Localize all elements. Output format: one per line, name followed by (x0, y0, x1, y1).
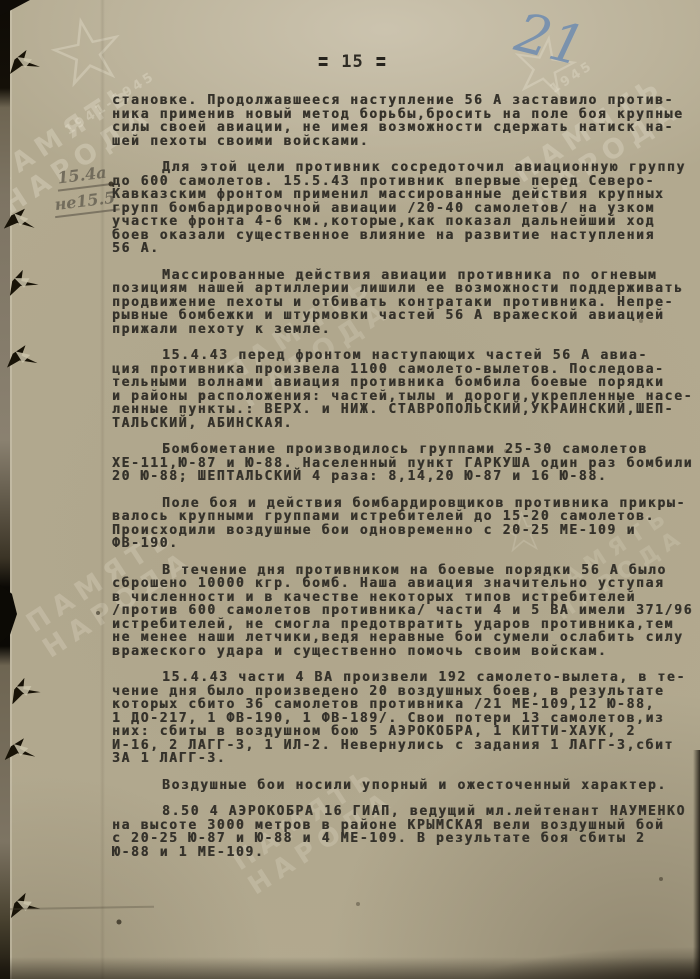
typed-paragraph: 8.50 4 АЭРОКОБРА 16 ГИАП, ведущий мл.лей… (112, 805, 698, 859)
torn-edge-highlight (10, 0, 12, 979)
page-number-value: 15 (341, 52, 363, 72)
bottom-right-corner-shadow (440, 933, 700, 979)
scanned-document-page: ☆ 1941-1945 ПАМЯТЬ НАРОДА ☆ 1945 ПАМЯТЬ … (0, 0, 700, 979)
typed-paragraph: 15.4.43 части 4 ВА произвели 192 самолет… (112, 671, 698, 766)
typed-paragraph: Массированные действия авиации противник… (112, 269, 698, 337)
paper-crease (100, 0, 105, 979)
paper-specks (0, 0, 2, 2)
punch-hole-tear (5, 736, 38, 763)
typed-paragraph: Бомбометание производилось группами 25-3… (112, 443, 698, 484)
page-number-right-mark: = (376, 47, 387, 77)
edge-notch (0, 585, 17, 643)
punch-hole-tear (10, 50, 40, 74)
margin-annotation-line2: не15.5 (52, 186, 119, 218)
punch-hole-tear (9, 892, 41, 918)
binding-edge-shadow (0, 0, 10, 979)
page-number: = 15 = (318, 52, 387, 72)
typed-paragraph: 15.4.43 перед фронтом наступающих частей… (112, 349, 698, 430)
typed-paragraph: В течение дня противником на боевые поря… (112, 564, 698, 659)
typed-paragraph: Для этой цели противник сосредоточил ави… (112, 161, 698, 256)
page-number-left-mark: = (318, 47, 329, 77)
torn-corner (0, 0, 30, 16)
punch-hole-tear (8, 676, 42, 705)
typed-text-column: становке. Продолжавшееся наступление 56 … (112, 94, 698, 872)
margin-annotation: 15.4а не15.5 (55, 161, 119, 218)
punch-hole-tear (6, 268, 39, 296)
typed-paragraph: Воздушные бои носили упорный и ожесточен… (112, 779, 698, 793)
star-watermark-icon: ☆ (37, 0, 137, 106)
handwritten-folio-number: 21 (510, 5, 590, 76)
typed-paragraph: становке. Продолжавшееся наступление 56 … (112, 94, 698, 148)
typed-paragraph: Поле боя и действия бомбардировщиков про… (112, 497, 698, 551)
punch-hole-tear (7, 344, 39, 371)
